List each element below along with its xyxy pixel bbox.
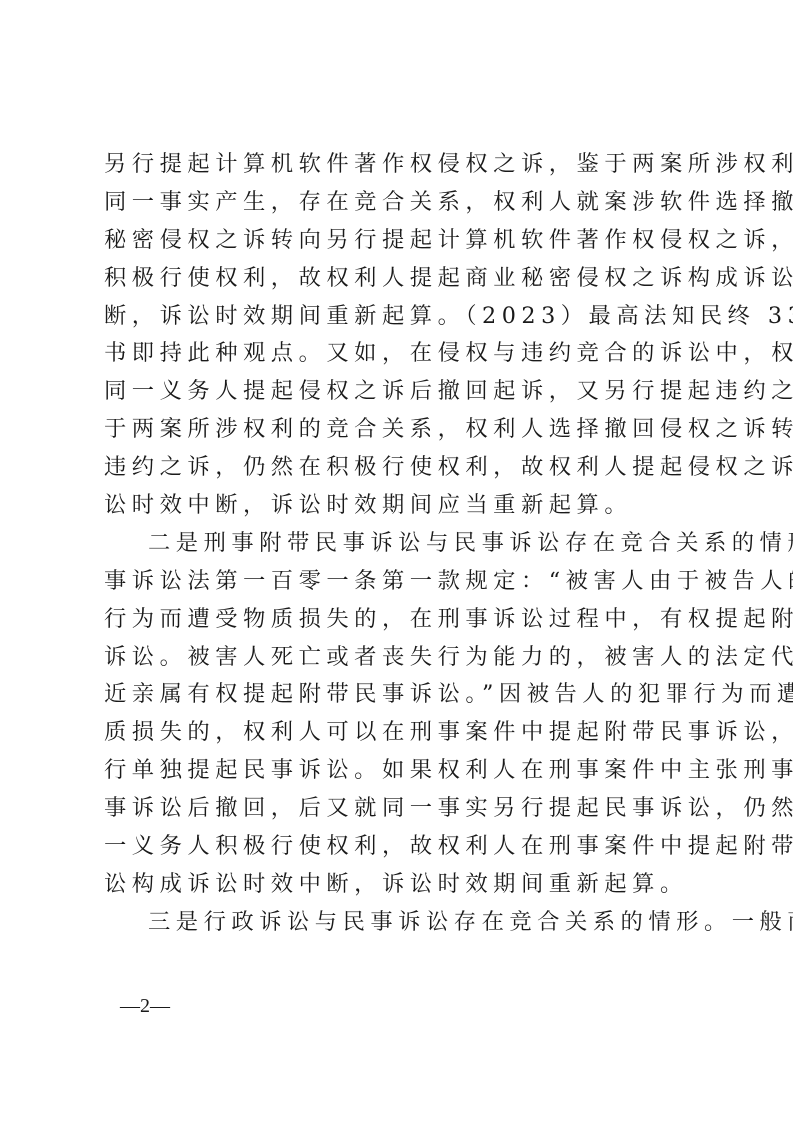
- text-line: 讼构成诉讼时效中断，诉讼时效期间重新起算。: [104, 866, 694, 904]
- page-number: —2—: [120, 995, 170, 1018]
- text-line: 同一义务人提起侵权之诉后撤回起诉，又另行提起违约之诉，鉴: [104, 373, 694, 411]
- text-line: 于两案所涉权利的竞合关系，权利人选择撤回侵权之诉转向提起: [104, 411, 694, 449]
- text-line: 同一事实产生，存在竞合关系，权利人就案涉软件选择撤回商业: [104, 184, 694, 222]
- text-line: 违约之诉，仍然在积极行使权利，故权利人提起侵权之诉构成诉: [104, 449, 694, 487]
- text-line: 秘密侵权之诉转向另行提起计算机软件著作权侵权之诉，仍然在: [104, 222, 694, 260]
- text-line: 行单独提起民事诉讼。如果权利人在刑事案件中主张刑事附带民: [104, 752, 694, 790]
- text-line: 书即持此种观点。又如，在侵权与违约竞合的诉讼中，权利人就: [104, 335, 694, 373]
- text-line: 断，诉讼时效期间重新起算。（2023）最高法知民终 337 号判决: [104, 298, 694, 336]
- text-line: 一义务人积极行使权利，故权利人在刑事案件中提起附带民事诉: [104, 828, 694, 866]
- paragraph-start-line: 三是行政诉讼与民事诉讼存在竞合关系的情形。一般而言，: [104, 904, 694, 942]
- text-line: 近亲属有权提起附带民事诉讼。”因被告人的犯罪行为而遭受物: [104, 676, 694, 714]
- paragraph-start-line: 二是刑事附带民事诉讼与民事诉讼存在竞合关系的情形。刑: [104, 525, 694, 563]
- text-line: 事诉讼后撤回，后又就同一事实另行提起民事诉讼，仍然在向同: [104, 790, 694, 828]
- document-page: 另行提起计算机软件著作权侵权之诉，鉴于两案所涉权利系基于 同一事实产生，存在竞合…: [0, 0, 793, 1122]
- text-line: 行为而遭受物质损失的，在刑事诉讼过程中，有权提起附带民事: [104, 601, 694, 639]
- text-line: 讼时效中断，诉讼时效期间应当重新起算。: [104, 487, 694, 525]
- text-line: 事诉讼法第一百零一条第一款规定：“被害人由于被告人的犯罪: [104, 563, 694, 601]
- text-line: 诉讼。被害人死亡或者丧失行为能力的，被害人的法定代理人、: [104, 639, 694, 677]
- text-line: 积极行使权利，故权利人提起商业秘密侵权之诉构成诉讼时效中: [104, 260, 694, 298]
- text-line: 质损失的，权利人可以在刑事案件中提起附带民事诉讼，或者另: [104, 714, 694, 752]
- text-line: 另行提起计算机软件著作权侵权之诉，鉴于两案所涉权利系基于: [104, 146, 694, 184]
- body-text: 另行提起计算机软件著作权侵权之诉，鉴于两案所涉权利系基于 同一事实产生，存在竞合…: [104, 146, 694, 942]
